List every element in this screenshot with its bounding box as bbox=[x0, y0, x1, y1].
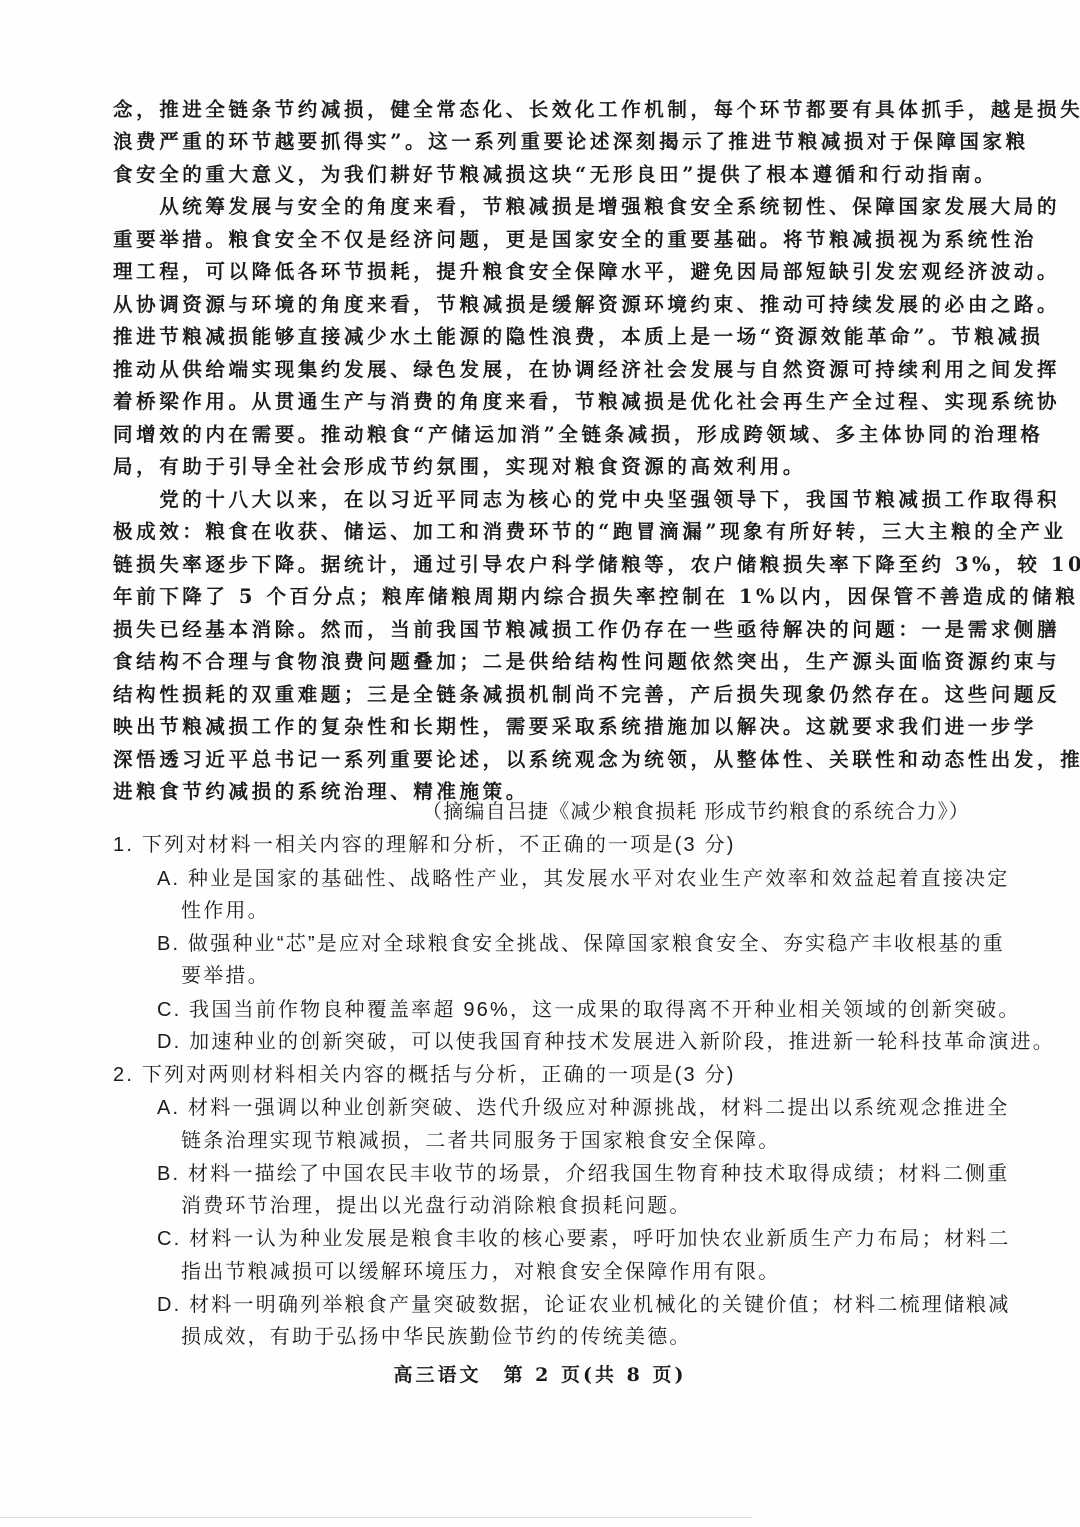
question-stem: 1. 下列对材料一相关内容的理解和分析，不正确的一项是(3 分) bbox=[113, 831, 973, 859]
passage-line: 年前下降了 5 个百分点；粮库储粮周期内综合损失率控制在 1%以内，因保管不善造… bbox=[113, 583, 973, 611]
option-b[interactable]: B. 材料一描绘了中国农民丰收节的场景，介绍我国生物育种技术取得成绩；材料二侧重 bbox=[157, 1160, 973, 1188]
option-c-continued: 指出节粮减损可以缓解环境压力，对粮食安全保障作用有限。 bbox=[181, 1258, 973, 1286]
option-d-continued: 损成效，有助于弘扬中华民族勤俭节约的传统美德。 bbox=[181, 1323, 973, 1351]
question-stem: 2. 下列对两则材料相关内容的概括与分析，正确的一项是(3 分) bbox=[113, 1061, 973, 1089]
passage-line: 从统筹发展与安全的角度来看，节粮减损是增强粮食安全系统韧性、保障国家发展大局的 bbox=[113, 193, 973, 221]
passage-line: 着桥梁作用。从贯通生产与消费的角度来看，节粮减损是优化社会再生产全过程、实现系统… bbox=[113, 388, 973, 416]
option-a[interactable]: A. 材料一强调以种业创新突破、迭代升级应对种源挑战，材料二提出以系统观念推进全 bbox=[157, 1094, 973, 1122]
option-c[interactable]: C. 材料一认为种业发展是粮食丰收的核心要素，呼吁加快农业新质生产力布局；材料二 bbox=[157, 1225, 973, 1253]
option-a-continued: 性作用。 bbox=[181, 897, 973, 925]
passage-line: 同增效的内在需要。推动粮食“产储运加消”全链条减损，形成跨领域、多主体协同的治理… bbox=[113, 421, 973, 449]
passage-line: 食安全的重大意义，为我们耕好节粮减损这块“无形良田”提供了根本遵循和行动指南。 bbox=[113, 161, 973, 189]
passage-line: 重要举措。粮食安全不仅是经济问题，更是国家安全的重要基础。将节粮减损视为系统性治 bbox=[113, 226, 973, 254]
footer-subject: 高三语文 bbox=[394, 1364, 482, 1386]
passage-line: 推进节粮减损能够直接减少水土能源的隐性浪费，本质上是一场“资源效能革命”。节粮减… bbox=[113, 323, 973, 351]
passage-line: 映出节粮减损工作的复杂性和长期性，需要采取系统措施加以解决。这就要求我们进一步学 bbox=[113, 713, 973, 741]
bottom-rule-divider bbox=[0, 1517, 752, 1518]
source-citation: （摘编自吕捷《减少粮食损耗 形成节约粮食的系统合力》） bbox=[422, 798, 970, 826]
passage-line: 推动从供给端实现集约发展、绿色发展，在协调经济社会发展与自然资源可持续利用之间发… bbox=[113, 356, 973, 384]
passage-line: 深悟透习近平总书记一系列重要论述，以系统观念为统领，从整体性、关联性和动态性出发… bbox=[113, 746, 973, 774]
option-d[interactable]: D. 加速种业的创新突破，可以使我国育种技术发展进入新阶段，推进新一轮科技革命演… bbox=[157, 1028, 973, 1056]
passage-line: 损失已经基本消除。然而，当前我国节粮减损工作仍存在一些亟待解决的问题：一是需求侧… bbox=[113, 616, 973, 644]
exam-page: 念，推进全链条节约减损，健全常态化、长效化工作机制，每个环节都要有具体抓手，越是… bbox=[0, 0, 1080, 1527]
passage-line: 理工程，可以降低各环节损耗，提升粮食安全保障水平，避免因局部短缺引发宏观经济波动… bbox=[113, 258, 973, 286]
passage-line: 从协调资源与环境的角度来看，节粮减损是缓解资源环境约束、推动可持续发展的必由之路… bbox=[113, 291, 973, 319]
footer-page-info: 第 2 页(共 8 页) bbox=[504, 1364, 687, 1386]
passage-line: 极成效：粮食在收获、储运、加工和消费环节的“跑冒滴漏”现象有所好转，三大主粮的全… bbox=[113, 518, 973, 546]
option-b[interactable]: B. 做强种业“芯”是应对全球粮食安全挑战、保障国家粮食安全、夯实稳产丰收根基的… bbox=[157, 930, 973, 958]
passage-line: 食结构不合理与食物浪费问题叠加；二是供给结构性问题依然突出，生产源头面临资源约束… bbox=[113, 648, 973, 676]
option-a[interactable]: A. 种业是国家的基础性、战略性产业，其发展水平对农业生产效率和效益起着直接决定 bbox=[157, 865, 973, 893]
page-footer: 高三语文第 2 页(共 8 页) bbox=[0, 1360, 1080, 1387]
passage-line: 结构性损耗的双重难题；三是全链条减损机制尚不完善，产后损失现象仍然存在。这些问题… bbox=[113, 681, 973, 709]
passage-line: 党的十八大以来，在以习近平同志为核心的党中央坚强领导下，我国节粮减损工作取得积 bbox=[113, 486, 973, 514]
option-b-continued: 消费环节治理，提出以光盘行动消除粮食损耗问题。 bbox=[181, 1192, 973, 1220]
option-b-continued: 要举措。 bbox=[181, 962, 973, 990]
option-d[interactable]: D. 材料一明确列举粮食产量突破数据，论证农业机械化的关键价值；材料二梳理储粮减 bbox=[157, 1291, 973, 1319]
passage-line: 念，推进全链条节约减损，健全常态化、长效化工作机制，每个环节都要有具体抓手，越是… bbox=[113, 96, 973, 124]
passage-line: 链损失率逐步下降。据统计，通过引导农户科学储粮等，农户储粮损失率下降至约 3%，… bbox=[113, 551, 973, 579]
option-c[interactable]: C. 我国当前作物良种覆盖率超 96%，这一成果的取得离不开种业相关领域的创新突… bbox=[157, 996, 973, 1024]
option-a-continued: 链条治理实现节粮减损，二者共同服务于国家粮食安全保障。 bbox=[181, 1127, 973, 1155]
passage-line: 局，有助于引导全社会形成节约氛围，实现对粮食资源的高效利用。 bbox=[113, 453, 973, 481]
passage-line: 浪费严重的环节越要抓得实”。这一系列重要论述深刻揭示了推进节粮减损对于保障国家粮 bbox=[113, 128, 973, 156]
